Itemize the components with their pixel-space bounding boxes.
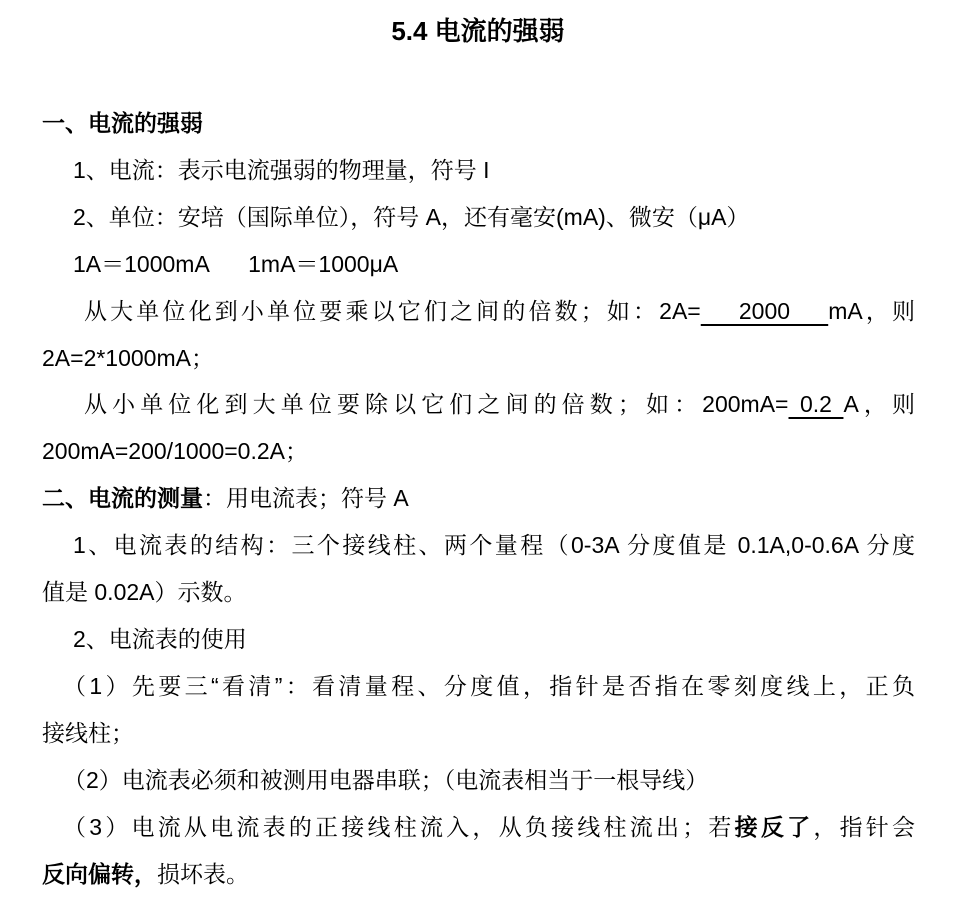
text-line: 接线柱；	[42, 710, 915, 757]
text-segment: 2、单位：安培（国际单位），符号 A，还有毫安(mA)、微安（μA）	[73, 204, 749, 230]
text-segment: 反向偏转，	[42, 861, 157, 887]
text-segment: A，则	[843, 391, 915, 417]
text-segment: 接线柱；	[42, 720, 134, 746]
text-line: 从大单位化到小单位要乘以它们之间的倍数；如：2A= 2000 mA，则	[42, 288, 915, 335]
text-line: 2、单位：安培（国际单位），符号 A，还有毫安(mA)、微安（μA）	[42, 194, 915, 241]
text-segment: ，指针会	[813, 814, 915, 840]
text-segment: 从大单位化到小单位要乘以它们之间的倍数；如：2A=	[84, 298, 701, 324]
text-line: 从小单位化到大单位要除以它们之间的倍数；如：200mA= 0.2 A，则	[42, 381, 915, 428]
text-segment: ：用电流表；符号 A	[203, 485, 409, 511]
text-segment: 一、电流的强弱	[42, 110, 203, 136]
text-segment: 损坏表。	[157, 861, 249, 887]
text-line: 1、电流：表示电流强弱的物理量，符号 I	[42, 147, 915, 194]
text-segment: 1、电流：表示电流强弱的物理量，符号 I	[73, 157, 490, 183]
blank-answer: 0.2	[789, 391, 844, 417]
text-segment: 二、电流的测量	[42, 485, 203, 511]
text-line: （3）电流从电流表的正接线柱流入，从负接线柱流出；若接反了，指针会	[42, 804, 915, 851]
text-segment: （3）电流从电流表的正接线柱流入，从负接线柱流出；若	[63, 814, 735, 840]
text-segment: 接反了	[735, 814, 814, 840]
text-line: 反向偏转，损坏表。	[42, 851, 915, 898]
text-segment: （1）先要三“看清”：看清量程、分度值，指针是否指在零刻度线上，正负	[63, 673, 915, 699]
text-line: 二、电流的测量：用电流表；符号 A	[42, 475, 915, 522]
text-line: 2、电流表的使用	[42, 616, 915, 663]
text-segment: 1、电流表的结构：三个接线柱、两个量程（0-3A 分度值是 0.1A,0-0.6…	[73, 532, 915, 558]
text-segment: mA，则	[828, 298, 915, 324]
text-segment: 1A＝1000mA 1mA＝1000μA	[73, 251, 398, 277]
document-page: 5.4 电流的强弱 一、电流的强弱1、电流：表示电流强弱的物理量，符号 I2、单…	[0, 0, 956, 902]
text-segment: （2）电流表必须和被测用电器串联；（电流表相当于一根导线）	[63, 767, 708, 793]
text-line: 200mA=200/1000=0.2A；	[42, 428, 915, 475]
text-segment: 从小单位化到大单位要除以它们之间的倍数；如：200mA=	[84, 391, 789, 417]
text-line: 1、电流表的结构：三个接线柱、两个量程（0-3A 分度值是 0.1A,0-0.6…	[42, 522, 915, 569]
text-segment: 2A=2*1000mA；	[42, 345, 214, 371]
text-line: 值是 0.02A）示数。	[42, 569, 915, 616]
document-title: 5.4 电流的强弱	[42, 8, 914, 55]
text-segment: 200mA=200/1000=0.2A；	[42, 438, 308, 464]
text-line: 1A＝1000mA 1mA＝1000μA	[42, 241, 915, 288]
text-line: （2）电流表必须和被测用电器串联；（电流表相当于一根导线）	[42, 757, 915, 804]
blank-answer: 2000	[701, 298, 828, 324]
text-line: （1）先要三“看清”：看清量程、分度值，指针是否指在零刻度线上，正负	[42, 663, 915, 710]
text-segment: 值是 0.02A）示数。	[42, 579, 247, 605]
document-body: 一、电流的强弱1、电流：表示电流强弱的物理量，符号 I2、单位：安培（国际单位）…	[42, 100, 915, 897]
text-segment: 2、电流表的使用	[73, 626, 247, 652]
text-line: 2A=2*1000mA；	[42, 335, 915, 382]
text-line: 一、电流的强弱	[42, 100, 915, 147]
